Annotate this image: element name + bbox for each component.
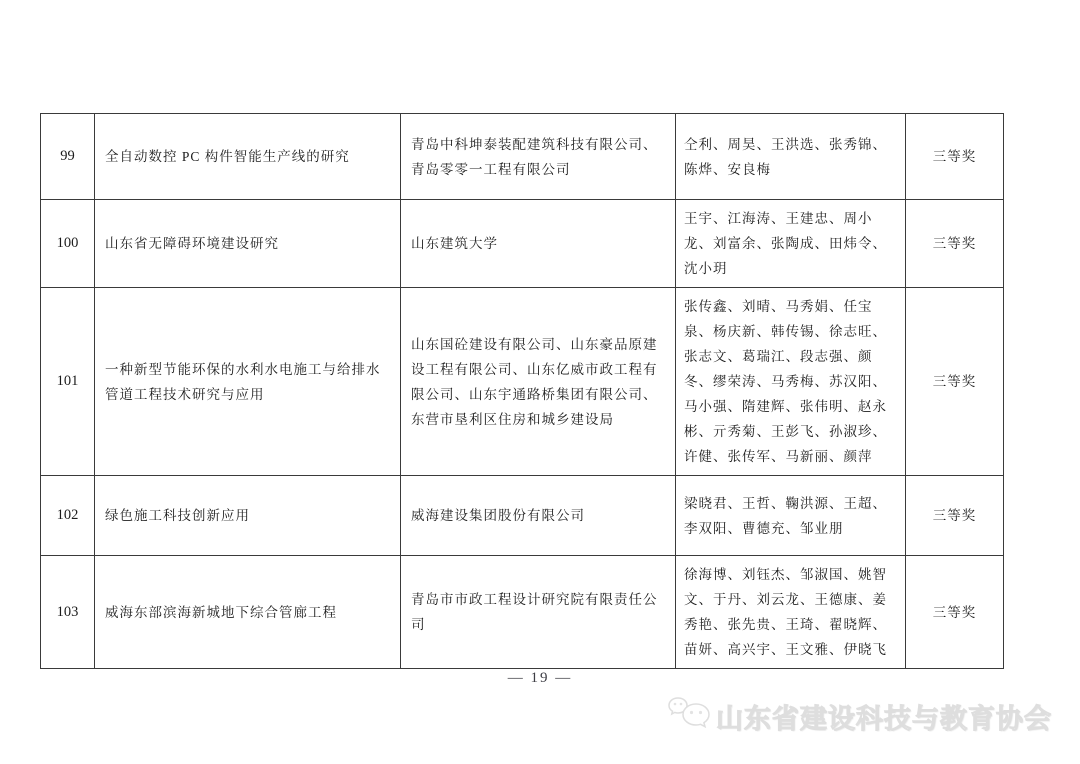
participants-cell: 张传鑫、刘晴、马秀娟、任宝泉、杨庆新、韩传锡、徐志旺、张志文、葛瑞江、段志强、颜… (676, 288, 906, 476)
participants-cell: 徐海博、刘钰杰、邹淑国、姚智文、于丹、刘云龙、王德康、姜秀艳、张先贵、王琦、翟晓… (676, 556, 906, 669)
organization-cell: 山东建筑大学 (401, 200, 676, 288)
wechat-icon (668, 694, 712, 739)
table-row: 99 全自动数控 PC 构件智能生产线的研究 青岛中科坤泰装配建筑科技有限公司、… (41, 114, 1004, 200)
page-number: — 19 — (0, 670, 1080, 687)
row-number-cell: 103 (41, 556, 95, 669)
participants-cell: 仝利、周昊、王洪选、张秀锦、陈烨、安良梅 (676, 114, 906, 200)
organization-cell: 青岛市市政工程设计研究院有限责任公司 (401, 556, 676, 669)
award-table-body: 99 全自动数控 PC 构件智能生产线的研究 青岛中科坤泰装配建筑科技有限公司、… (41, 114, 1004, 669)
project-title-cell: 一种新型节能环保的水利水电施工与给排水管道工程技术研究与应用 (95, 288, 401, 476)
project-title-cell: 全自动数控 PC 构件智能生产线的研究 (95, 114, 401, 200)
association-watermark: 山东省建设科技与教育协会 (668, 694, 1052, 739)
project-title-cell: 绿色施工科技创新应用 (95, 476, 401, 556)
organization-cell: 威海建设集团股份有限公司 (401, 476, 676, 556)
award-level-cell: 三等奖 (906, 476, 1004, 556)
project-title-cell: 威海东部滨海新城地下综合管廊工程 (95, 556, 401, 669)
award-level-cell: 三等奖 (906, 556, 1004, 669)
table-row: 101 一种新型节能环保的水利水电施工与给排水管道工程技术研究与应用 山东国砼建… (41, 288, 1004, 476)
award-level-cell: 三等奖 (906, 114, 1004, 200)
row-number-cell: 99 (41, 114, 95, 200)
row-number-cell: 101 (41, 288, 95, 476)
watermark-text: 山东省建设科技与教育协会 (716, 697, 1052, 736)
organization-cell: 山东国砼建设有限公司、山东豪品原建设工程有限公司、山东亿威市政工程有限公司、山东… (401, 288, 676, 476)
row-number-cell: 100 (41, 200, 95, 288)
award-level-cell: 三等奖 (906, 288, 1004, 476)
row-number-cell: 102 (41, 476, 95, 556)
award-level-cell: 三等奖 (906, 200, 1004, 288)
project-title-cell: 山东省无障碍环境建设研究 (95, 200, 401, 288)
table-row: 100 山东省无障碍环境建设研究 山东建筑大学 王宇、江海涛、王建忠、周小龙、刘… (41, 200, 1004, 288)
award-results-table: 99 全自动数控 PC 构件智能生产线的研究 青岛中科坤泰装配建筑科技有限公司、… (40, 113, 1004, 669)
participants-cell: 梁晓君、王哲、鞠洪源、王超、李双阳、曹德充、邹业朋 (676, 476, 906, 556)
participants-cell: 王宇、江海涛、王建忠、周小龙、刘富余、张陶成、田炜令、沈小玥 (676, 200, 906, 288)
table-row: 103 威海东部滨海新城地下综合管廊工程 青岛市市政工程设计研究院有限责任公司 … (41, 556, 1004, 669)
organization-cell: 青岛中科坤泰装配建筑科技有限公司、青岛零零一工程有限公司 (401, 114, 676, 200)
table-row: 102 绿色施工科技创新应用 威海建设集团股份有限公司 梁晓君、王哲、鞠洪源、王… (41, 476, 1004, 556)
